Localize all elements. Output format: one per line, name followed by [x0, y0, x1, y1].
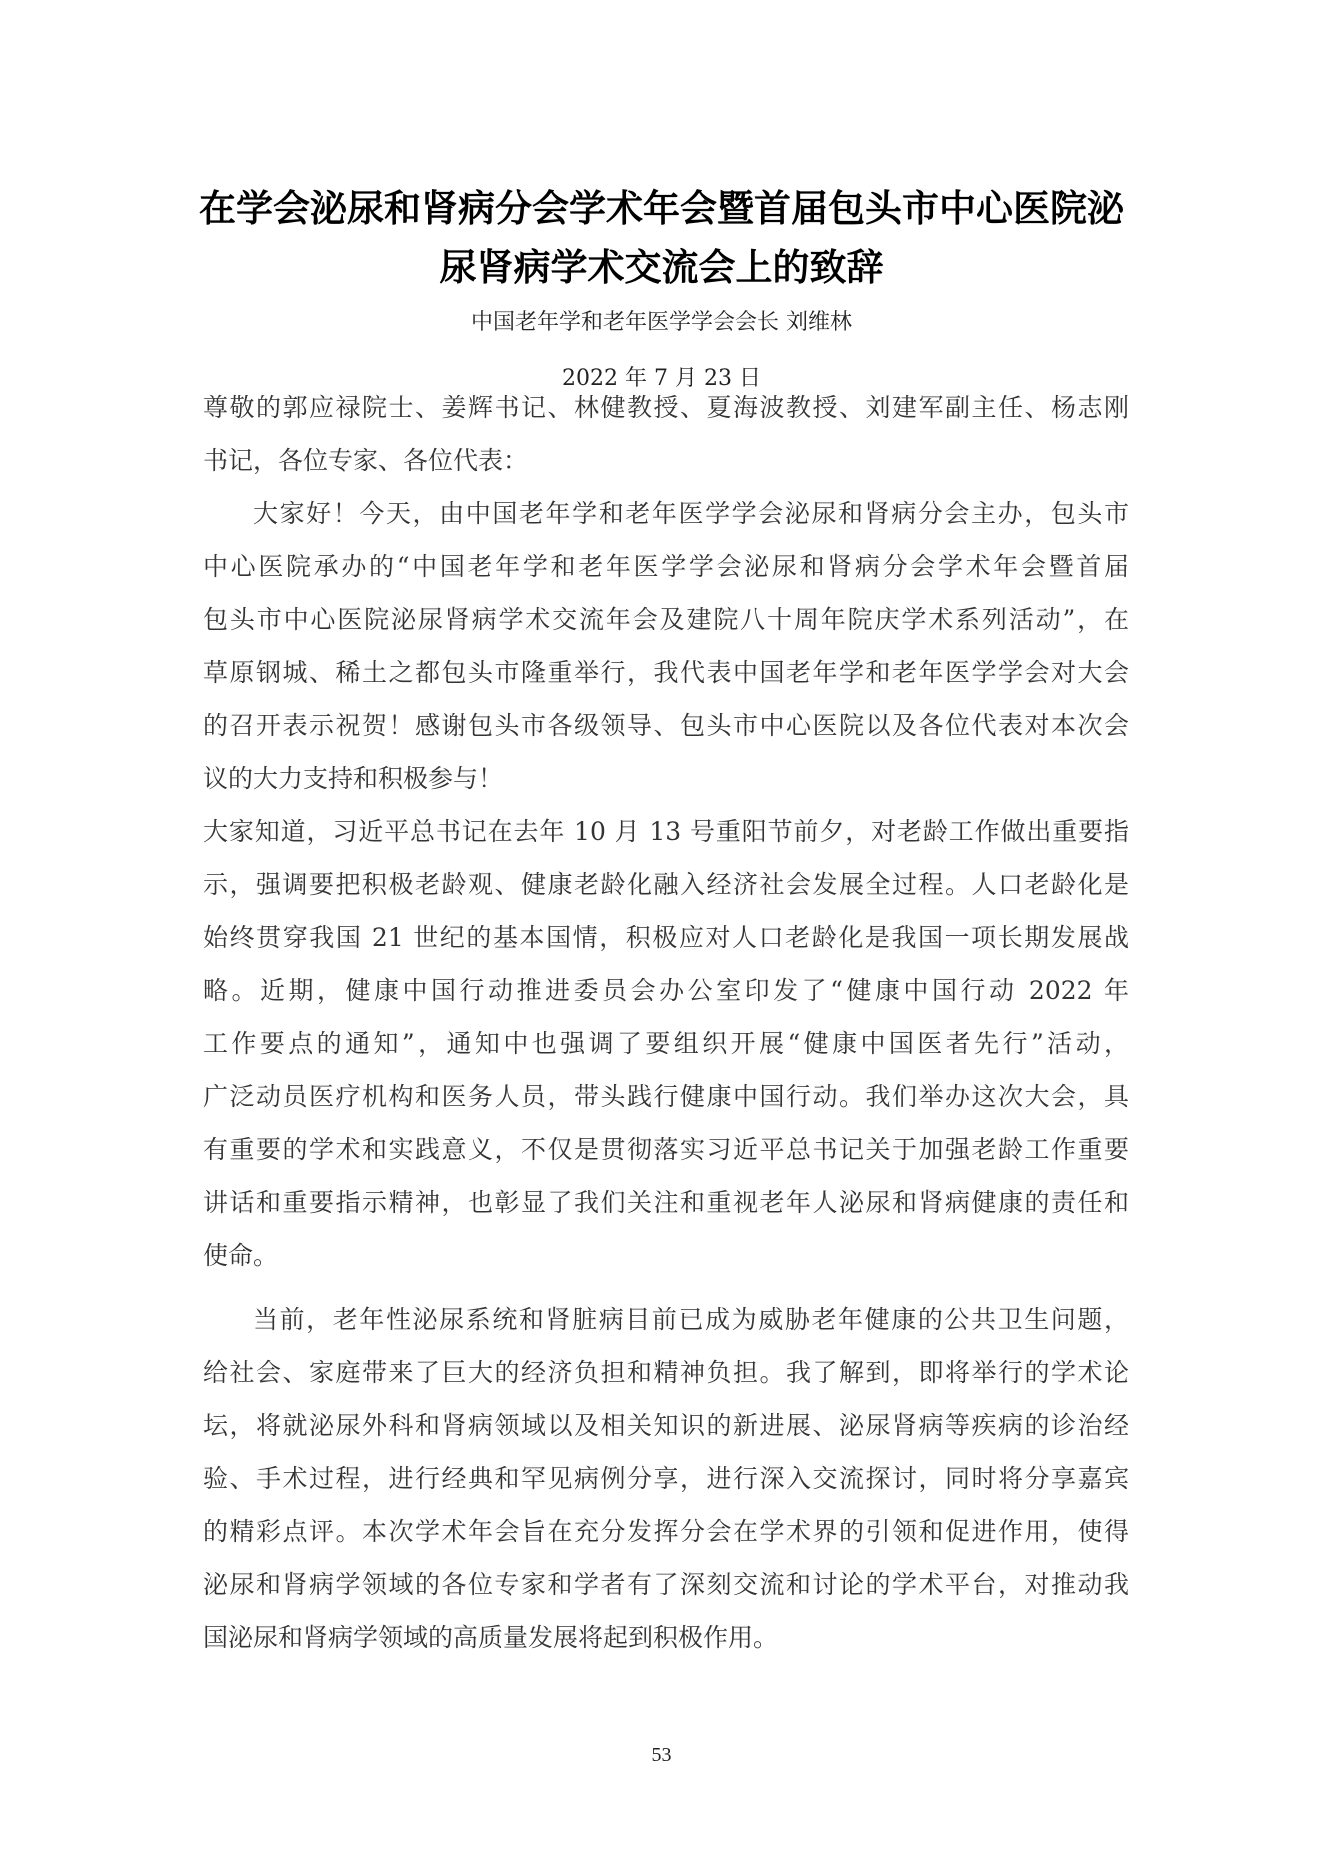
body-line: 的召开表示祝贺！感谢包头市各级领导、包头市中心医院以及各位代表对本次会: [203, 706, 1129, 742]
author-byline: 中国老年学和老年医学学会会长 刘维林: [150, 305, 1173, 336]
body-line: 验、手术过程，进行经典和罕见病例分享，进行深入交流探讨，同时将分享嘉宾: [203, 1459, 1129, 1495]
body-line: 有重要的学术和实践意义，不仅是贯彻落实习近平总书记关于加强老龄工作重要: [203, 1130, 1129, 1166]
body-line: 始终贯穿我国 21 世纪的基本国情，积极应对人口老龄化是我国一项长期发展战: [203, 918, 1129, 954]
body-line: 国泌尿和肾病学领域的高质量发展将起到积极作用。: [203, 1618, 1129, 1654]
document-page: 在学会泌尿和肾病分会学术年会暨首届包头市中心医院泌 尿肾病学术交流会上的致辞 中…: [0, 0, 1323, 1871]
body-line: 泌尿和肾病学领域的各位专家和学者有了深刻交流和讨论的学术平台，对推动我: [203, 1565, 1129, 1601]
title-line-2: 尿肾病学术交流会上的致辞: [150, 237, 1173, 291]
title-line-1: 在学会泌尿和肾病分会学术年会暨首届包头市中心医院泌: [150, 178, 1173, 232]
page-number: 53: [0, 1744, 1323, 1767]
body-line: 示，强调要把积极老龄观、健康老龄化融入经济社会发展全过程。人口老龄化是: [203, 865, 1129, 901]
body-line: 包头市中心医院泌尿肾病学术交流年会及建院八十周年院庆学术系列活动”，在: [203, 600, 1129, 636]
body-line: 给社会、家庭带来了巨大的经济负担和精神负担。我了解到，即将举行的学术论: [203, 1353, 1129, 1389]
body-line: 使命。: [203, 1236, 1129, 1272]
body-line: 讲话和重要指示精神，也彰显了我们关注和重视老年人泌尿和肾病健康的责任和: [203, 1183, 1129, 1219]
body-line: 当前，老年性泌尿系统和肾脏病目前已成为威胁老年健康的公共卫生问题，: [253, 1300, 1129, 1336]
body-line: 尊敬的郭应禄院士、姜辉书记、林健教授、夏海波教授、刘建军副主任、杨志刚: [203, 388, 1129, 424]
body-line: 略。近期，健康中国行动推进委员会办公室印发了“健康中国行动 2022 年: [203, 971, 1129, 1007]
body-line: 广泛动员医疗机构和医务人员，带头践行健康中国行动。我们举办这次大会，具: [203, 1077, 1129, 1113]
body-line: 的精彩点评。本次学术年会旨在充分发挥分会在学术界的引领和促进作用，使得: [203, 1512, 1129, 1548]
body-line: 中心医院承办的“中国老年学和老年医学学会泌尿和肾病分会学术年会暨首届: [203, 547, 1129, 583]
body-line: 大家知道，习近平总书记在去年 10 月 13 号重阳节前夕，对老龄工作做出重要指: [203, 812, 1129, 848]
body-line: 书记，各位专家、各位代表：: [203, 441, 1129, 477]
body-line: 工作要点的通知”，通知中也强调了要组织开展“健康中国医者先行”活动，: [203, 1024, 1129, 1060]
body-line: 议的大力支持和积极参与！: [203, 759, 1129, 795]
body-line: 草原钢城、稀土之都包头市隆重举行，我代表中国老年学和老年医学学会对大会: [203, 653, 1129, 689]
body-line: 坛，将就泌尿外科和肾病领域以及相关知识的新进展、泌尿肾病等疾病的诊治经: [203, 1406, 1129, 1442]
body-line: 大家好！今天，由中国老年学和老年医学学会泌尿和肾病分会主办，包头市: [253, 494, 1129, 530]
